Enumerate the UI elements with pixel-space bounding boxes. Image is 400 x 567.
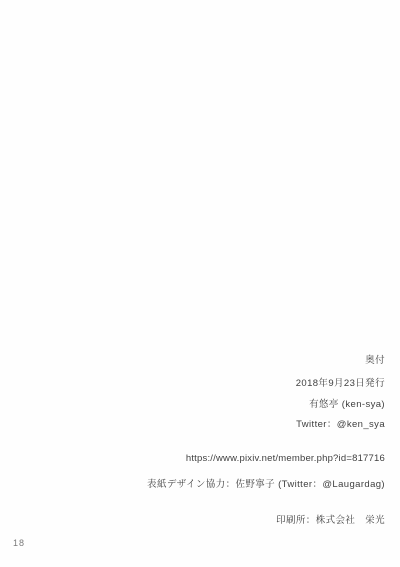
printer-credit: 印刷所：株式会社 栄光 xyxy=(276,514,385,527)
page-number: 18 xyxy=(13,538,25,548)
colophon-page: 奥付 2018年9月23日発行 有悠亭 (ken-sya) Twitter：@k… xyxy=(0,0,400,567)
circle-name: 有悠亭 (ken-sya) xyxy=(309,398,385,411)
publish-date: 2018年9月23日発行 xyxy=(296,377,385,390)
colophon-heading: 奥付 xyxy=(365,354,385,367)
pixiv-url: https://www.pixiv.net/member.php?id=8177… xyxy=(186,452,385,465)
cover-design-credit: 表紙デザイン協力：佐野寧子 (Twitter：@Laugardag) xyxy=(147,478,385,491)
twitter-handle: Twitter：@ken_sya xyxy=(296,418,385,431)
